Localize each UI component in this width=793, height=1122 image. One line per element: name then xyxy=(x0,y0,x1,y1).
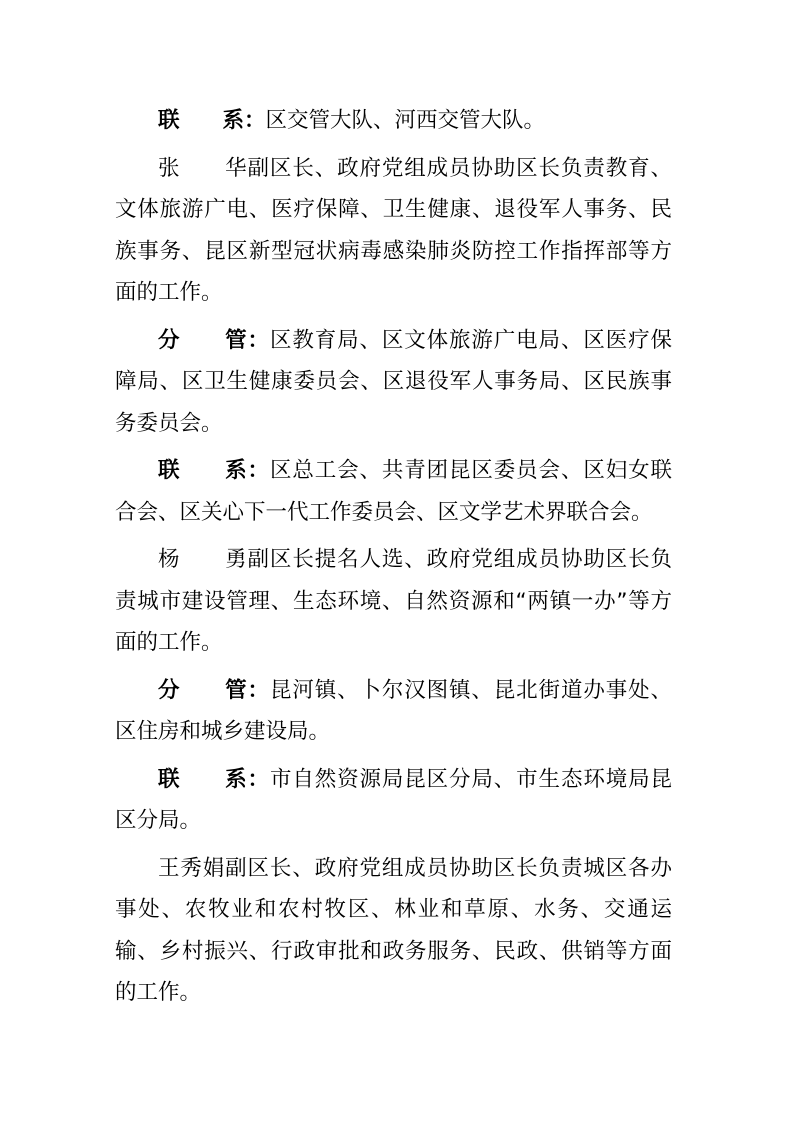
para-text: 杨 勇副区长提名人选、政府党组成员协助区长负责城市建设管理、生态环境、自然资源和… xyxy=(115,547,672,655)
para-zhanghua-duties: 张 华副区长、政府党组成员协助区长负责教育、文体旅游广电、医疗保障、卫生健康、退… xyxy=(115,148,672,314)
para-label-lianxi: 联 系： xyxy=(158,108,266,133)
para-lianxi-yangyong: 联 系：市自然资源局昆区分局、市生态环境局昆区分局。 xyxy=(115,759,672,842)
para-yangyong-duties: 杨 勇副区长提名人选、政府党组成员协助区长负责城市建设管理、生态环境、自然资源和… xyxy=(115,539,672,664)
para-lianxi-traffic: 联 系：区交管大队、河西交管大队。 xyxy=(115,100,672,142)
para-text: 王秀娟副区长、政府党组成员协助区长负责城区各办事处、农牧业和农村牧区、林业和草原… xyxy=(115,856,672,1006)
para-text: 张 华副区长、政府党组成员协助区长负责教育、文体旅游广电、医疗保障、卫生健康、退… xyxy=(115,156,672,306)
para-label-lianxi: 联 系： xyxy=(158,458,270,483)
para-label-fenguan: 分 管： xyxy=(158,328,270,353)
para-text: 区交管大队、河西交管大队。 xyxy=(266,108,546,133)
para-wangxiujuan-duties: 王秀娟副区长、政府党组成员协助区长负责城区各办事处、农牧业和农村牧区、林业和草原… xyxy=(115,848,672,1014)
para-label-fenguan: 分 管： xyxy=(158,678,270,703)
para-label-lianxi: 联 系： xyxy=(158,767,270,792)
document-body: 联 系：区交管大队、河西交管大队。 张 华副区长、政府党组成员协助区长负责教育、… xyxy=(115,100,672,1020)
para-fenguan-yangyong: 分 管：昆河镇、卜尔汉图镇、昆北街道办事处、区住房和城乡建设局。 xyxy=(115,670,672,753)
document-page: 联 系：区交管大队、河西交管大队。 张 华副区长、政府党组成员协助区长负责教育、… xyxy=(0,0,793,1122)
para-lianxi-zhanghua: 联 系：区总工会、共青团昆区委员会、区妇女联合会、区关心下一代工作委员会、区文学… xyxy=(115,450,672,533)
para-fenguan-zhanghua: 分 管：区教育局、区文体旅游广电局、区医疗保障局、区卫生健康委员会、区退役军人事… xyxy=(115,320,672,445)
